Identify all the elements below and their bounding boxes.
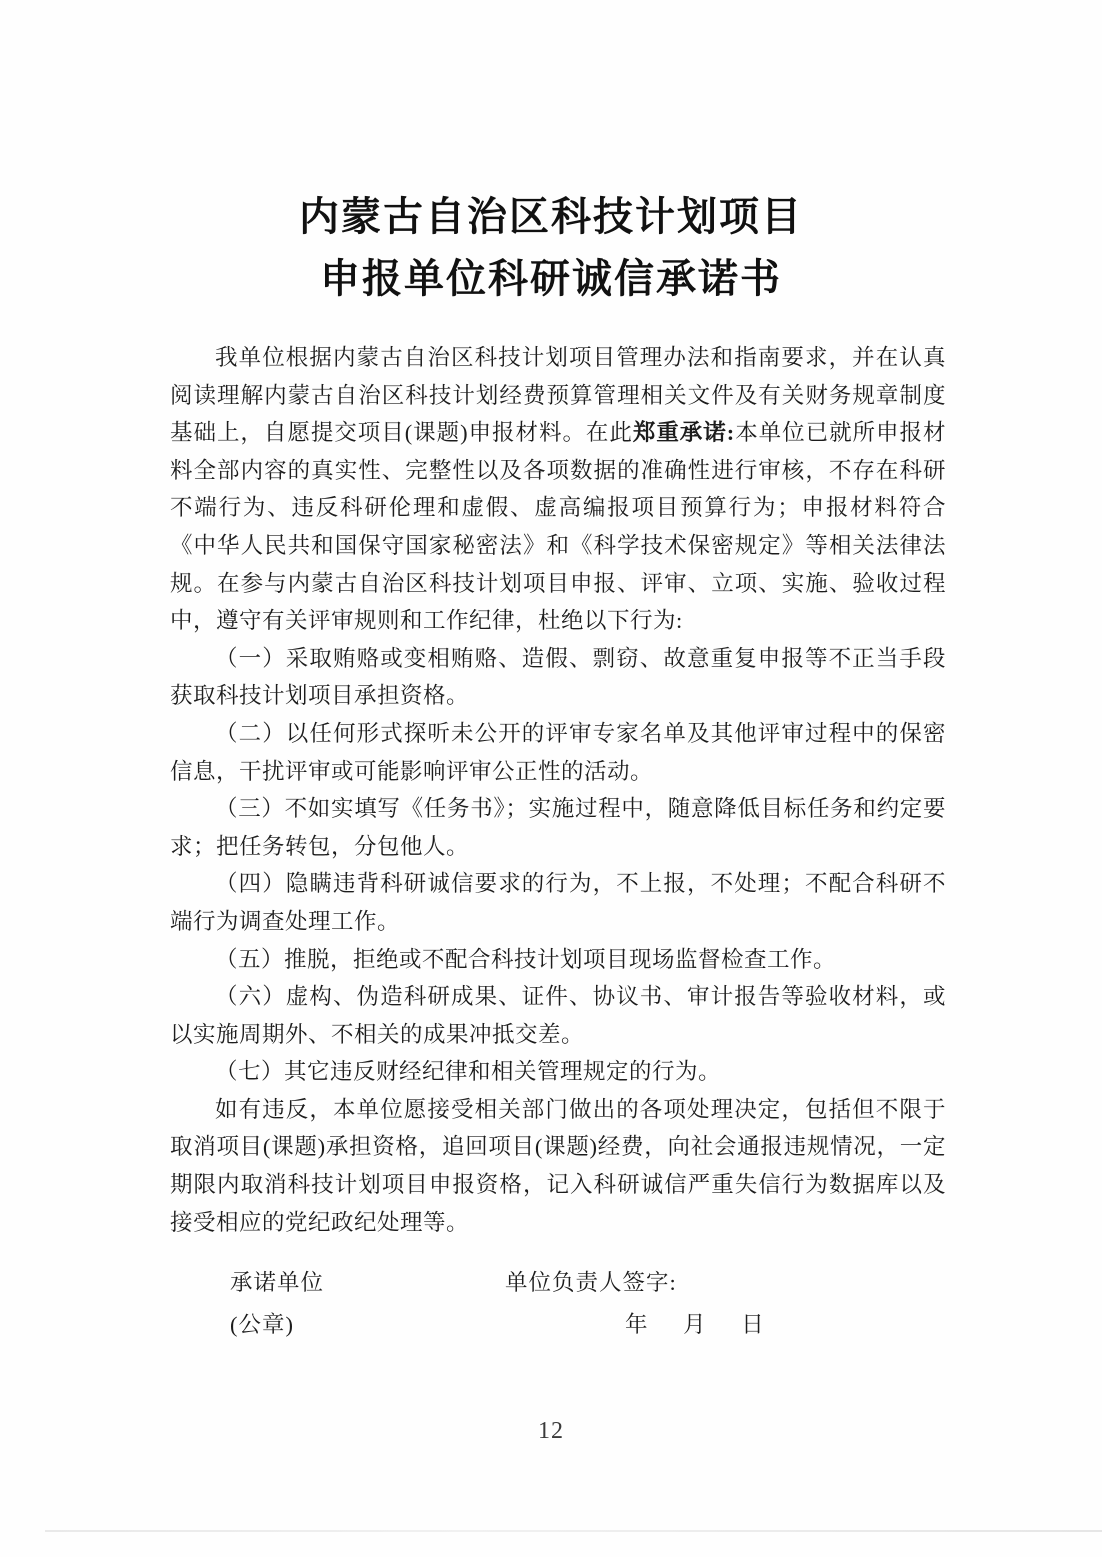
- scanned-document-page: 内蒙古自治区科技计划项目 申报单位科研诚信承诺书 我单位根据内蒙古自治区科技计划…: [0, 0, 1102, 1557]
- signature-left-column: 承诺单位 (公章): [170, 1262, 505, 1346]
- paragraph-intro: 我单位根据内蒙古自治区科技计划项目管理办法和指南要求，并在认真阅读理解内蒙古自治…: [170, 339, 946, 640]
- paragraph-closing: 如有违反，本单位愿接受相关部门做出的各项处理决定，包括但不限于取消项目(课题)承…: [170, 1091, 946, 1241]
- paragraph-item-5: （五）推脱，拒绝或不配合科技计划项目现场监督检查工作。: [170, 941, 946, 979]
- page-number: 12: [0, 1418, 1102, 1445]
- date-line: 年 月 日: [505, 1304, 946, 1346]
- official-seal-label: (公章): [230, 1304, 505, 1346]
- signer-label: 单位负责人签字:: [505, 1262, 946, 1304]
- paragraph-item-6: （六）虚构、伪造科研成果、证件、协议书、审计报告等验收材料，或以实施周期外、不相…: [170, 978, 946, 1053]
- title-line-1: 内蒙古自治区科技计划项目: [0, 186, 1102, 248]
- paragraph-item-2: （二）以任何形式探听未公开的评审专家名单及其他评审过程中的保密信息，干扰评审或可…: [170, 715, 946, 790]
- document-title: 内蒙古自治区科技计划项目 申报单位科研诚信承诺书: [0, 186, 1102, 310]
- signature-right-column: 单位负责人签字: 年 月 日: [505, 1262, 946, 1346]
- paragraph-item-3: （三）不如实填写《任务书》；实施过程中，随意降低目标任务和约定要求；把任务转包，…: [170, 790, 946, 865]
- signature-block: 承诺单位 (公章) 单位负责人签字: 年 月 日: [170, 1262, 946, 1346]
- paragraph-item-1: （一）采取贿赂或变相贿赂、造假、剽窃、故意重复申报等不正当手段获取科技计划项目承…: [170, 640, 946, 715]
- intro-text-post: 本单位已就所申报材料全部内容的真实性、完整性以及各项数据的准确性进行审核，不存在…: [170, 420, 946, 633]
- commitment-unit-label: 承诺单位: [230, 1262, 505, 1304]
- scan-edge-artifact: [45, 1530, 1102, 1532]
- paragraph-item-4: （四）隐瞒违背科研诚信要求的行为，不上报，不处理；不配合科研不端行为调查处理工作…: [170, 865, 946, 940]
- document-body: 我单位根据内蒙古自治区科技计划项目管理办法和指南要求，并在认真阅读理解内蒙古自治…: [170, 339, 946, 1241]
- solemn-promise-emphasis: 郑重承诺:: [633, 420, 735, 445]
- title-line-2: 申报单位科研诚信承诺书: [0, 248, 1102, 310]
- paragraph-item-7: （七）其它违反财经纪律和相关管理规定的行为。: [170, 1053, 946, 1091]
